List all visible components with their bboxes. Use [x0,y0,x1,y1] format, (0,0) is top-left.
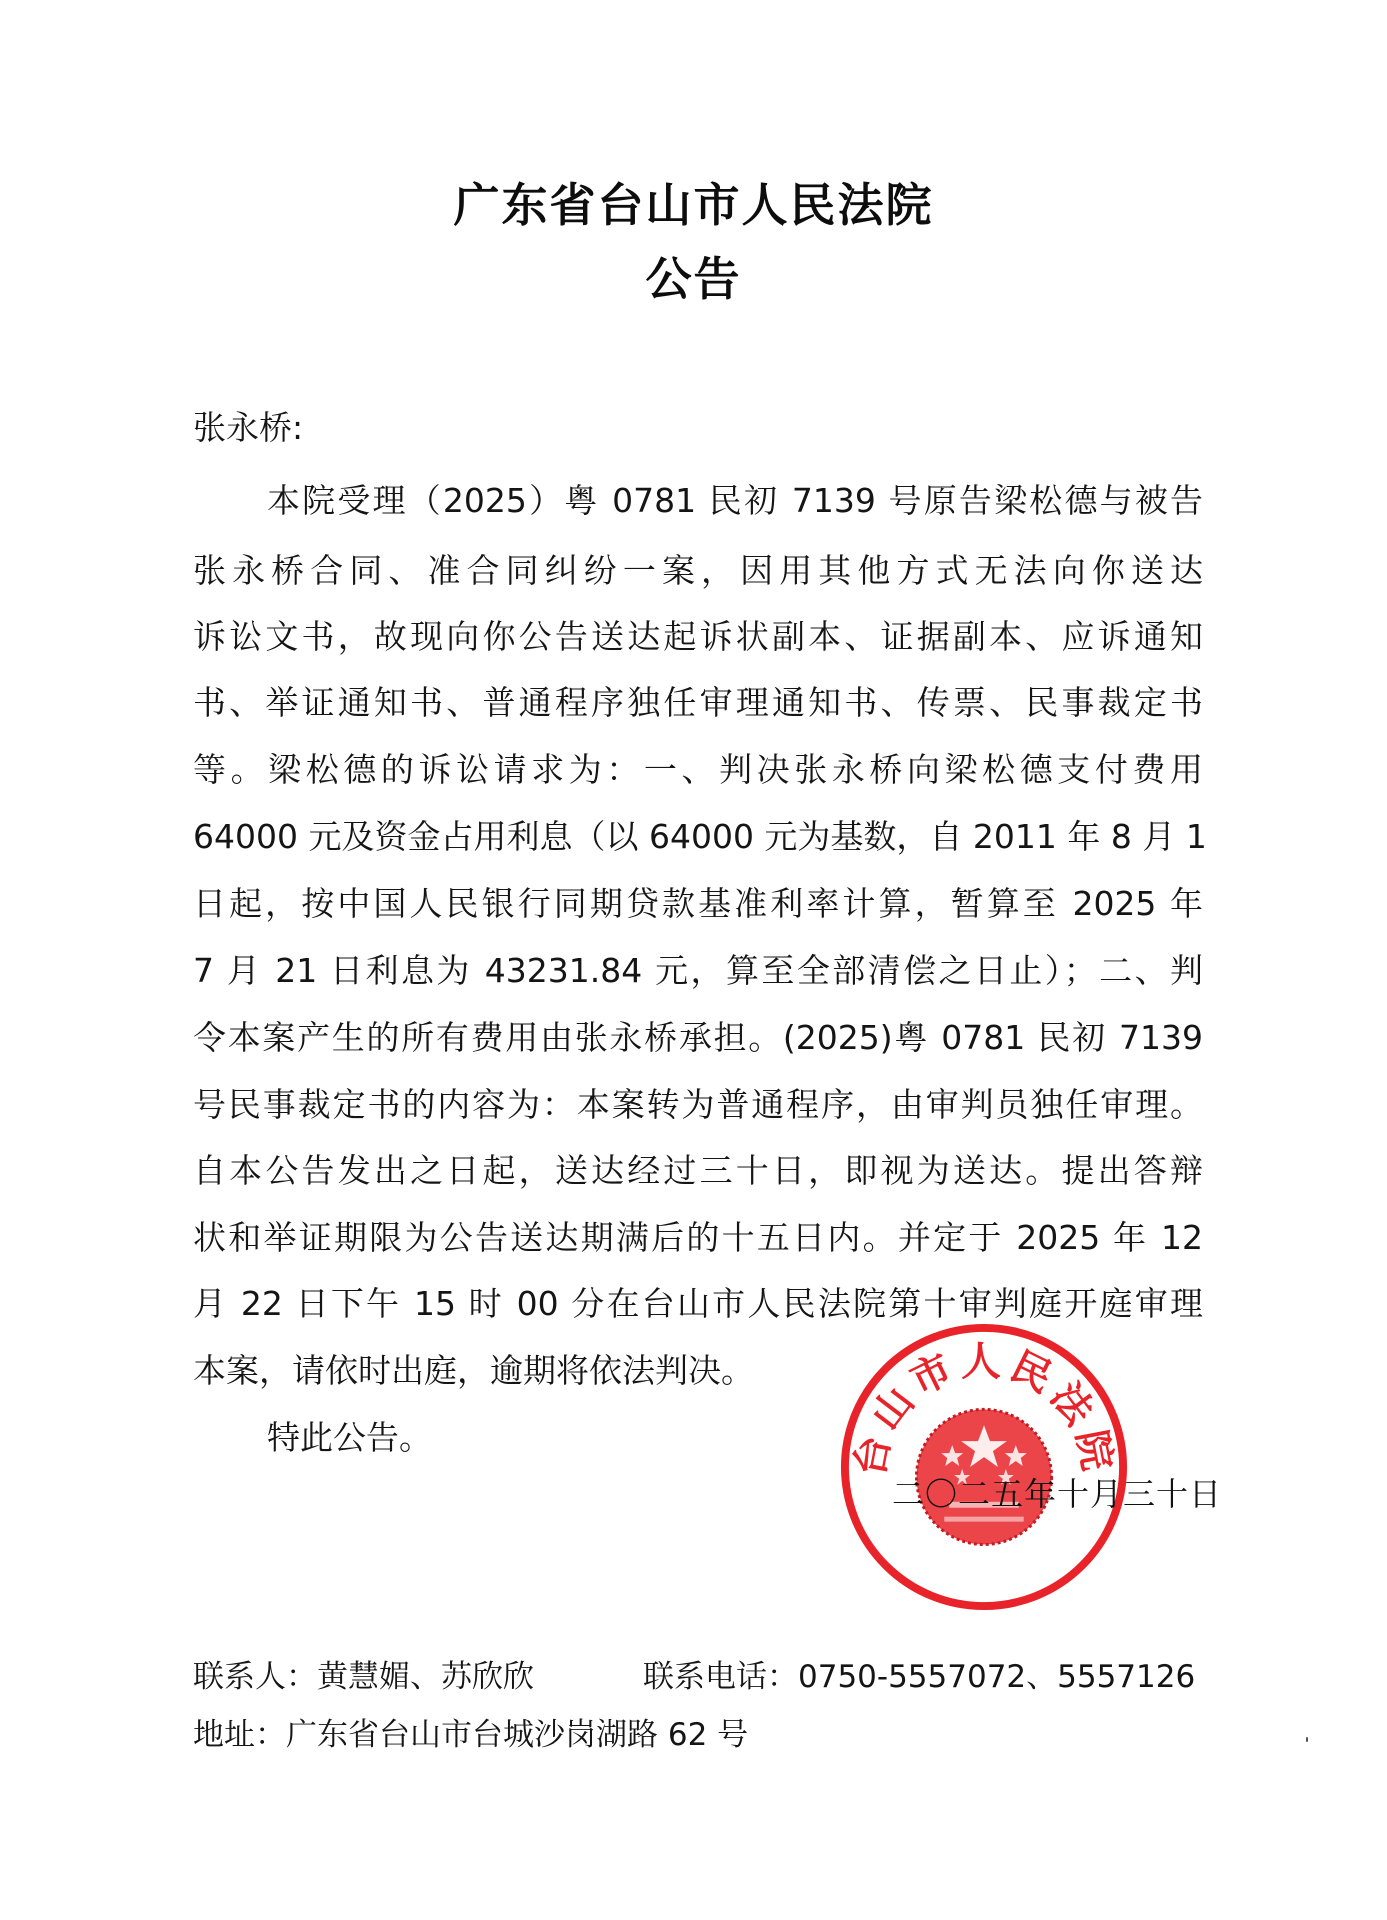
court-name-heading: 广东省台山市人民法院 [0,182,1387,228]
issue-date: 二〇二五年十月三十日 [892,1478,1222,1510]
body-line: 自本公告发出之日起，送达经过三十日，即视为送达。提出答辩 [193,1154,1203,1187]
body-line: 月 22 日下午 15 时 00 分在台山市人民法院第十审判庭开庭审理 [193,1287,1203,1320]
closing-statement: 特此公告。 [267,1421,432,1454]
scan-speck [1306,1737,1308,1742]
court-seal-icon: 台山市人民法院 [835,1318,1133,1616]
document-type-heading: 公告 [0,256,1387,302]
court-address-row: 地址：广东省台山市台城沙岗湖路 62 号 [193,1720,748,1751]
body-line: 7 月 21 日利息为 43231.84 元，算至全部清偿之日止）；二、判 [193,954,1203,987]
body-line: 书、举证通知书、普通程序独任审理通知书、传票、民事裁定书 [193,686,1203,719]
body-line: 号民事裁定书的内容为：本案转为普通程序，由审判员独任审理。 [193,1088,1203,1121]
addressee: 张永桥: [193,411,303,444]
body-line: 本院受理（2025）粤 0781 民初 7139 号原告梁松德与被告 [267,484,1203,517]
contact-persons-row: 联系人：黄慧媚、苏欣欣 联系电话：0750-5557072、5557126 [193,1662,1203,1693]
court-notice-page: 广东省台山市人民法院 公告 张永桥: 本院受理（2025）粤 0781 民初 7… [0,0,1387,1920]
contact-phone-label: 联系电话： [643,1659,798,1695]
body-line: 张永桥合同、准合同纠纷一案，因用其他方式无法向你送达 [193,554,1203,587]
body-line: 状和举证期限为公告送达期满后的十五日内。并定于 2025 年 12 [193,1221,1203,1254]
address-label: 地址： [193,1717,286,1753]
body-line: 64000 元及资金占用利息（以 64000 元为基数，自 2011 年 8 月… [193,820,1203,853]
address-value: 广东省台山市台城沙岗湖路 62 号 [286,1717,748,1753]
contact-persons: 黄慧媚、苏欣欣 [317,1659,534,1695]
body-line: 令本案产生的所有费用由张永桥承担。(2025)粤 0781 民初 7139 [193,1021,1203,1054]
contact-phone-block: 联系电话：0750-5557072、5557126 [643,1662,1195,1693]
body-line: 等。梁松德的诉讼请求为：一、判决张永桥向梁松德支付费用 [193,753,1203,786]
body-line: 日起，按中国人民银行同期贷款基准利率计算，暂算至 2025 年 [193,887,1203,920]
contact-phone-numbers: 0750-5557072、5557126 [798,1659,1195,1695]
contact-persons-label: 联系人： [193,1659,317,1695]
body-line: 诉讼文书，故现向你公告送达起诉状副本、证据副本、应诉通知 [193,620,1203,653]
